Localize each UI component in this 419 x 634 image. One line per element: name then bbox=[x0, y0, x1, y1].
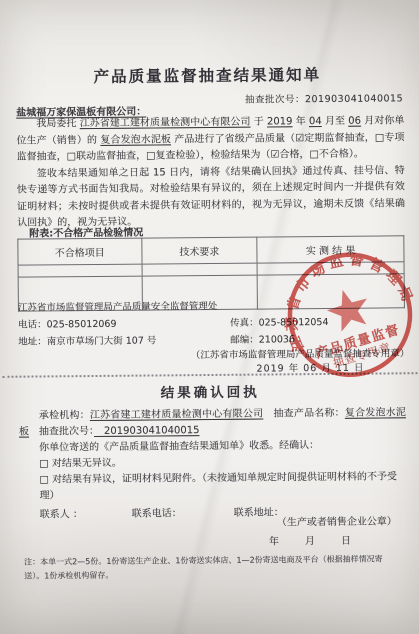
batch-number-label: 抽查批次号： bbox=[245, 94, 305, 106]
para1-mid: 于 bbox=[254, 117, 264, 128]
notice-document: 产品质量监督抽查结果通知单 抽查批次号：201903041040015 盐城福万… bbox=[0, 0, 419, 634]
checkbox-pass: ☑合格， bbox=[270, 149, 309, 160]
notice-body: 我局委托 江苏省建工建材质量检测中心有限公司 于 2019 年 04 月至 06… bbox=[16, 113, 405, 232]
receipt-body: 承检机构：江苏省建工建材质量检测中心有限公司 抽查产品名称：复合发泡水泥板 抽查… bbox=[19, 405, 407, 521]
para1-lead: 我局委托 bbox=[36, 118, 76, 129]
address-label: 地址： bbox=[18, 336, 47, 347]
month-to-text: 月至 bbox=[325, 116, 345, 127]
sampled-product-label: 抽查产品名称： bbox=[263, 408, 345, 420]
receipt-batch-value: 201903041040015 bbox=[94, 425, 200, 437]
distribution-footnote: 注：本单一式2—5份。1份寄送生产企业、1份寄送实体店、1—2份寄送电商及平台（… bbox=[24, 552, 396, 582]
batch-number-value: 201903041040015 bbox=[305, 93, 403, 105]
address-value: 南京市草场门大街 107 号 bbox=[47, 335, 157, 347]
document-title: 产品质量监督抽查结果通知单 bbox=[0, 62, 417, 88]
checkbox-recheck: □复查检验）， bbox=[146, 150, 211, 162]
inspection-org-name: 江苏省建工建材质量检测中心有限公司 bbox=[80, 117, 251, 129]
contact-phone-label: 联系电话： bbox=[132, 504, 182, 519]
para1-after-product: 产品进行了省级产品质量（ bbox=[174, 133, 295, 145]
inspecting-agency-label: 承检机构： bbox=[39, 410, 90, 421]
phone-label: 电话： bbox=[18, 319, 47, 330]
company-seal-caption: （生产或者销售企业公章） bbox=[277, 512, 397, 528]
checkbox-joint-supervision: □联动监督抽查， bbox=[67, 151, 147, 163]
year-unit: 年 bbox=[296, 116, 306, 127]
contact-person-label: 联系人 ： bbox=[40, 505, 83, 520]
col-header-technical-requirement: 技术要求 bbox=[141, 237, 257, 264]
phone-value: 025-85012069 bbox=[47, 319, 117, 331]
inspecting-agency-value: 江苏省建工建材质量检测中心有限公司 bbox=[90, 409, 263, 422]
issuing-department: 江苏省市场监督管理局产品质量安全监督管理处 bbox=[18, 298, 218, 314]
stamp-star-icon bbox=[323, 284, 374, 334]
receipt-batch-label: 抽查批次号： bbox=[29, 426, 94, 438]
receipt-info-line: 承检机构：江苏省建工建材质量检测中心有限公司 抽查产品名称：复合发泡水泥板 抽查… bbox=[19, 405, 406, 440]
checkbox-objection: □ 对结果有异议，证明材料见附件。（未按通知单规定时间提供证明材料的不予受理） bbox=[19, 469, 406, 504]
col-header-nonconforming-item: 不合格项目 bbox=[18, 238, 142, 265]
empty-cell bbox=[142, 263, 258, 276]
zip-label: 邮编： bbox=[230, 335, 259, 346]
checkbox-regular-supervision: ☑定期监督抽查， bbox=[295, 132, 375, 144]
paragraph-reply-instructions: 签收本结果通知单之日起 15 日内，请将《结果确认回执》通过传真、挂号信、特快专… bbox=[17, 163, 406, 232]
fax-label: 传真： bbox=[230, 318, 259, 329]
product-name: 复合发泡水泥板 bbox=[100, 134, 171, 146]
batch-number-line: 抽查批次号：201903041040015 bbox=[245, 90, 403, 105]
result-lead-text: 检验结果为（ bbox=[210, 149, 270, 161]
empty-cell bbox=[18, 264, 142, 277]
date-blank-line: 年 月 日 bbox=[269, 532, 353, 548]
year-value: 2019 bbox=[267, 116, 293, 127]
checkbox-fail: □不合格）。 bbox=[309, 149, 364, 160]
month-to-value: 06 bbox=[348, 116, 361, 127]
month-from-value: 04 bbox=[309, 116, 322, 127]
paragraph-commission: 我局委托 江苏省建工建材质量检测中心有限公司 于 2019 年 04 月至 06… bbox=[16, 113, 404, 166]
